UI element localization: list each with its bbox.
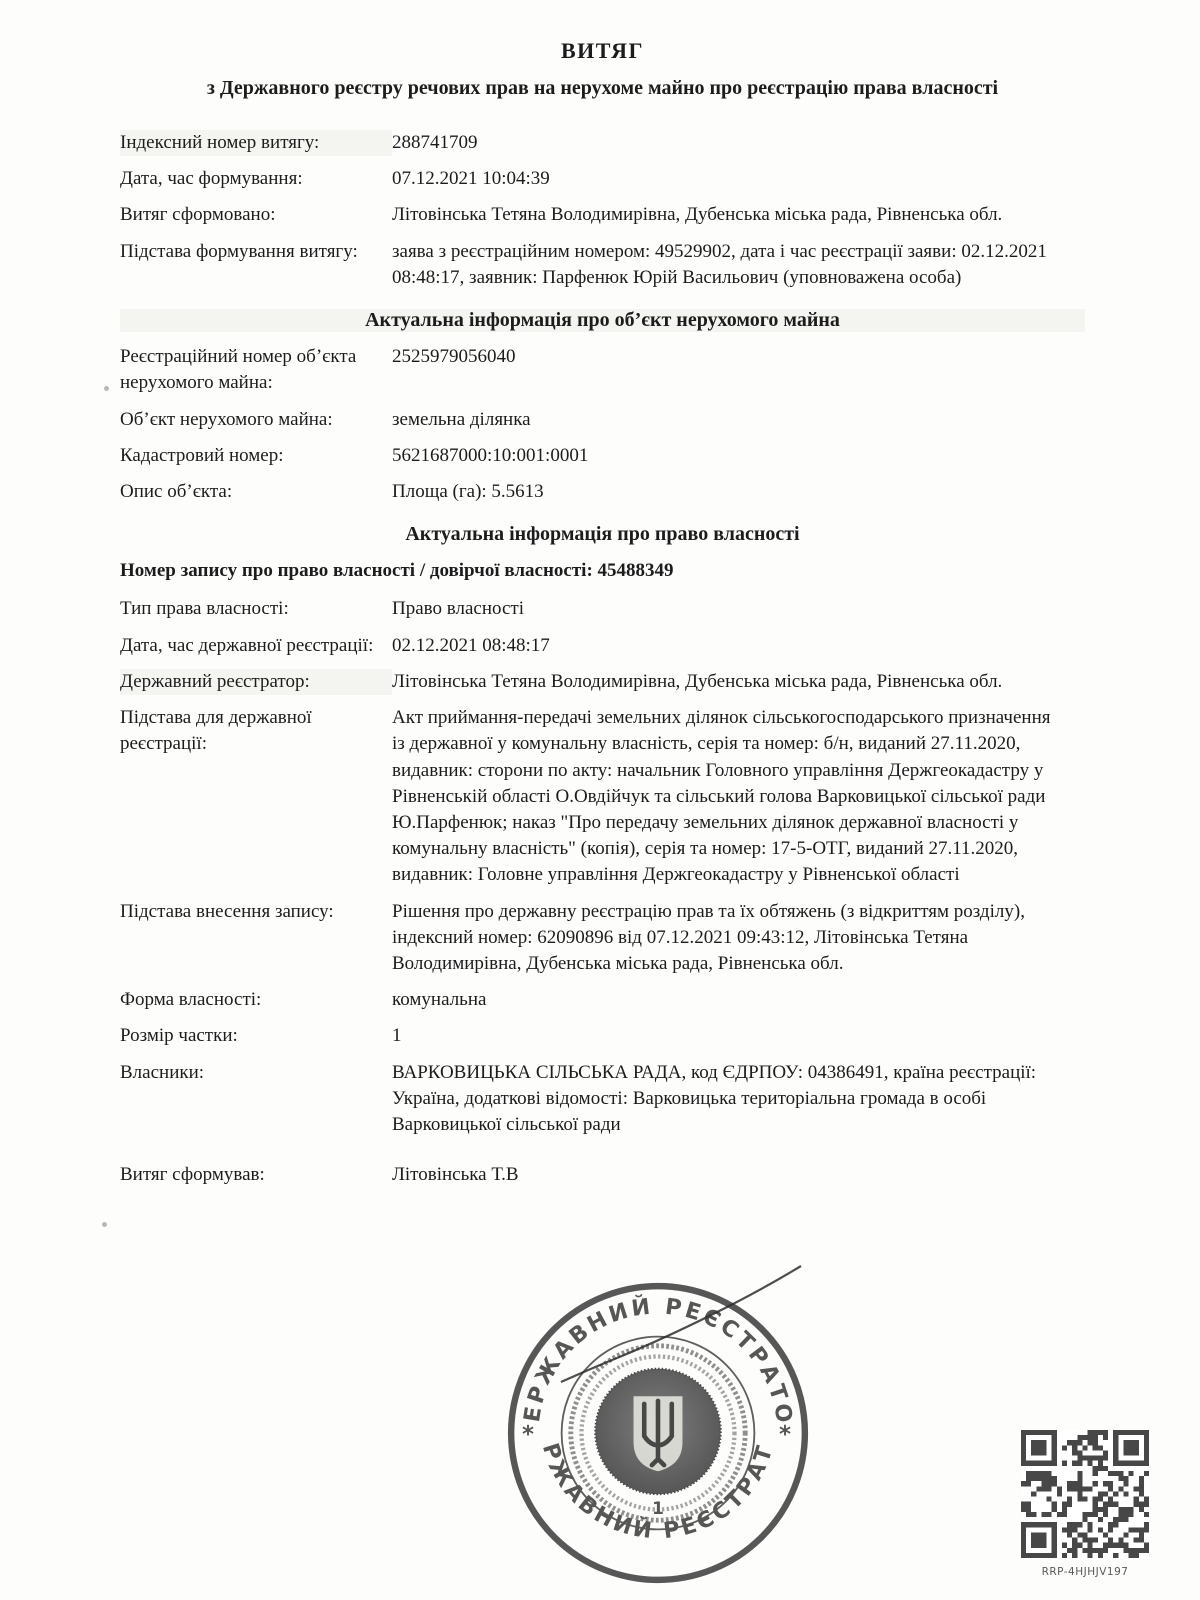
field-row: Витяг сформовано: Літовінська Тетяна Вол…: [120, 202, 1085, 228]
field-label: Кадастровий номер:: [120, 443, 392, 469]
field-label: Форма власності:: [120, 987, 392, 1013]
field-row: Об’єкт нерухомого майна: земельна ділянк…: [120, 407, 1085, 433]
document-page: ВИТЯГ з Державного реєстру речових прав …: [0, 0, 1200, 1600]
ownership-section-heading: Актуальна інформація про право власності: [120, 523, 1085, 546]
field-value: 1: [392, 1023, 1052, 1049]
field-label: Витяг сформовано:: [120, 202, 392, 228]
field-label: Державний реєстратор:: [120, 669, 392, 695]
header-fields: Індексний номер витягу: 288741709 Дата, …: [120, 130, 1085, 291]
object-section-heading: Актуальна інформація про об’єкт нерухомо…: [120, 309, 1085, 332]
stamp-star-left: *: [522, 1422, 537, 1448]
object-fields: Реєстраційний номер об’єкта нерухомого м…: [120, 344, 1085, 505]
ownership-fields: Тип права власності: Право власності Дат…: [120, 596, 1085, 1138]
field-row: Форма власності: комунальна: [120, 987, 1085, 1013]
field-label: Підстава для державної реєстрації:: [120, 705, 392, 889]
field-value: Літовінська Тетяна Володимирівна, Дубенс…: [392, 202, 1052, 228]
ownership-record-line: Номер запису про право власності / довір…: [120, 558, 1085, 584]
field-row: Тип права власності: Право власності: [120, 596, 1085, 622]
qr-block: RRP-4HJHJV197: [1015, 1430, 1155, 1578]
field-row: Підстава для державної реєстрації: Акт п…: [120, 705, 1085, 889]
field-label: Витяг сформував:: [120, 1162, 392, 1188]
field-row: Індексний номер витягу: 288741709: [120, 130, 1085, 156]
field-value: 07.12.2021 10:04:39: [392, 166, 1052, 192]
field-label: Об’єкт нерухомого майна:: [120, 407, 392, 433]
field-label: Індексний номер витягу:: [120, 130, 392, 156]
scan-artifact: [104, 386, 109, 391]
field-row: Розмір частки: 1: [120, 1023, 1085, 1049]
field-label: Реєстраційний номер об’єкта нерухомого м…: [120, 344, 392, 396]
field-value: 2525979056040: [392, 344, 1052, 396]
field-label: Власники:: [120, 1060, 392, 1139]
qr-code-label: RRP-4HJHJV197: [1015, 1566, 1155, 1578]
field-label: Дата, час формування:: [120, 166, 392, 192]
field-value: 5621687000:10:001:0001: [392, 443, 1052, 469]
document-content: ВИТЯГ з Державного реєстру речових прав …: [0, 0, 1200, 1189]
field-label: Дата, час державної реєстрації:: [120, 633, 392, 659]
field-row: Підстава внесення запису: Рішення про де…: [120, 899, 1085, 978]
field-value: Літовінська Т.В: [392, 1162, 1052, 1188]
field-label: Тип права власності:: [120, 596, 392, 622]
field-row: Державний реєстратор: Літовінська Тетяна…: [120, 669, 1085, 695]
field-row: Кадастровий номер: 5621687000:10:001:000…: [120, 443, 1085, 469]
field-value: заява з реєстраційним номером: 49529902,…: [392, 239, 1052, 291]
document-subtitle: з Державного реєстру речових прав на нер…: [120, 77, 1085, 100]
qr-code: [1021, 1430, 1149, 1558]
field-row: Дата, час державної реєстрації: 02.12.20…: [120, 633, 1085, 659]
field-row: Дата, час формування: 07.12.2021 10:04:3…: [120, 166, 1085, 192]
stamp-star-right: *: [779, 1422, 794, 1448]
scan-artifact: [102, 1222, 107, 1227]
field-value: 02.12.2021 08:48:17: [392, 633, 1052, 659]
field-row: Власники: ВАРКОВИЦЬКА СІЛЬСЬКА РАДА, код…: [120, 1060, 1085, 1139]
field-row: Підстава формування витягу: заява з реєс…: [120, 239, 1085, 291]
field-row: Опис об’єкта: Площа (га): 5.5613: [120, 479, 1085, 505]
signature-stroke: [545, 1258, 815, 1418]
stamp-number: 1: [652, 1498, 664, 1518]
field-value: Площа (га): 5.5613: [392, 479, 1052, 505]
field-value: Рішення про державну реєстрацію прав та …: [392, 899, 1052, 978]
field-value: Право власності: [392, 596, 1052, 622]
field-value: комунальна: [392, 987, 1052, 1013]
field-value: 288741709: [392, 130, 1052, 156]
field-value: ВАРКОВИЦЬКА СІЛЬСЬКА РАДА, код ЄДРПОУ: 0…: [392, 1060, 1052, 1139]
field-value: Акт приймання-передачі земельних ділянок…: [392, 705, 1052, 889]
field-value: земельна ділянка: [392, 407, 1052, 433]
field-row: Реєстраційний номер об’єкта нерухомого м…: [120, 344, 1085, 396]
field-label: Розмір частки:: [120, 1023, 392, 1049]
extract-author-row: Витяг сформував: Літовінська Т.В: [120, 1162, 1085, 1188]
field-value: Літовінська Тетяна Володимирівна, Дубенс…: [392, 669, 1052, 695]
field-label: Підстава формування витягу:: [120, 239, 392, 291]
field-label: Опис об’єкта:: [120, 479, 392, 505]
field-label: Підстава внесення запису:: [120, 899, 392, 978]
document-title: ВИТЯГ: [120, 38, 1085, 64]
